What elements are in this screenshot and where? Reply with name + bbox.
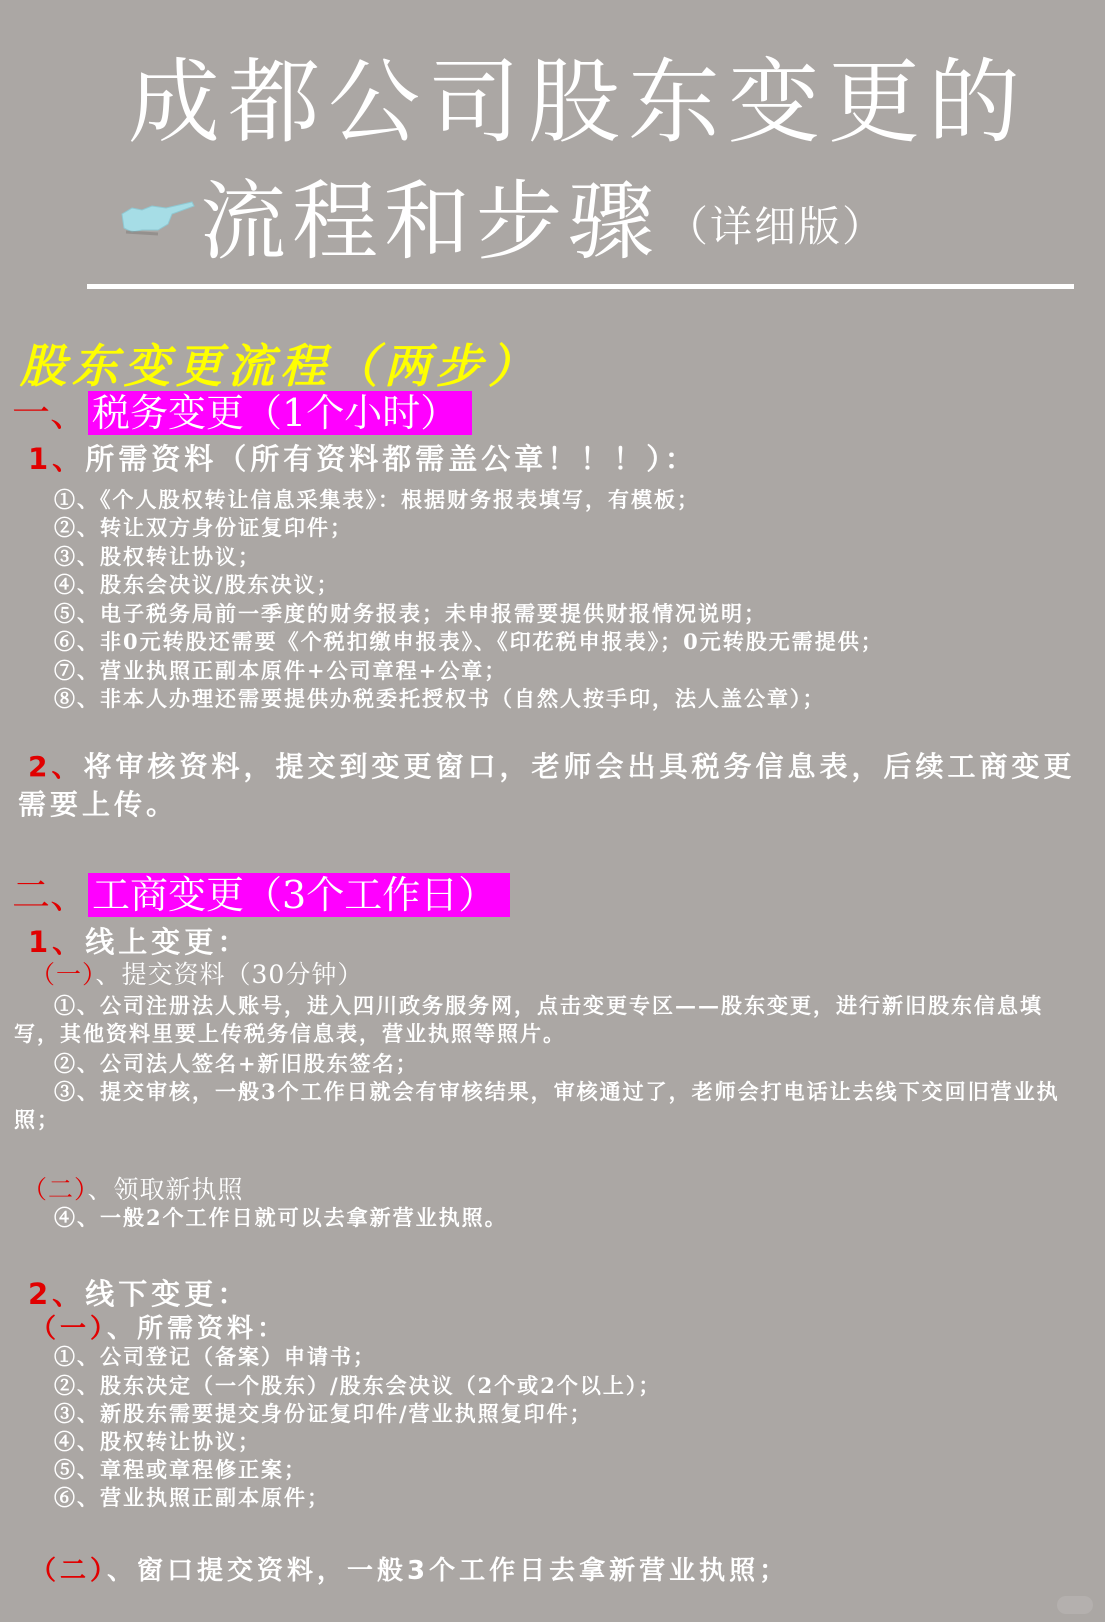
title-suffix: （详细版） — [666, 202, 886, 251]
list-item: ②、股东决定（一个股东）/股东会决议（2个或2个以上）； — [54, 1372, 661, 1400]
step-text: 将审核资料，提交到变更窗口，老师会出具税务信息表，后续工商变更需要上传。 — [18, 750, 1076, 821]
sub-number: （一） — [30, 960, 96, 989]
section-title-highlight: 税务变更（1个小时） — [88, 391, 472, 435]
list-item: ⑤、电子税务局前一季度的财务报表；未申报需要提供财报情况说明； — [54, 600, 767, 628]
section-business-heading: 二、工商变更（3个工作日） — [12, 872, 510, 918]
step-number: 2、 — [28, 750, 83, 783]
tax-step-2-paragraph: 2、将审核资料，提交到变更窗口，老师会出具税务信息表，后续工商变更需要上传。 — [18, 748, 1088, 824]
sub-title: 、领取新执照 — [88, 1175, 244, 1204]
list-item: ④、股东会决议/股东决议； — [54, 571, 340, 599]
overview-heading: 股东变更流程（两步） — [20, 330, 540, 396]
page-title-line1: 成都公司股东变更的 — [128, 48, 1028, 158]
list-item: ③、股权转让协议； — [54, 543, 261, 571]
list-item: ①、《个人股权转让信息采集表》：根据财务报表填写，有模板； — [54, 486, 700, 514]
online-sub-2-heading: （二）、领取新执照 — [22, 1170, 244, 1206]
list-item: ②、转让双方身份证复印件； — [54, 514, 353, 542]
list-item: ③、新股东需要提交身份证复印件/营业执照复印件； — [54, 1400, 593, 1428]
list-item: ③、提交审核，一般3个工作日就会有审核结果，审核通过了，老师会打电话让去线下交回… — [14, 1078, 1084, 1134]
title-main: 流程和步骤 — [200, 172, 660, 272]
title-divider — [87, 284, 1074, 289]
step-title: 线上变更： — [85, 925, 250, 959]
list-item: ⑥、非0元转股还需要《个税扣缴申报表》、《印花税申报表》；0元转股无需提供； — [54, 628, 884, 656]
sub-title: 、窗口提交资料，一般3个工作日去拿新营业执照； — [107, 1556, 789, 1586]
list-item: ②、公司法人签名+新旧股东签名； — [54, 1050, 419, 1078]
watermark-logo — [1057, 1596, 1093, 1614]
step-number: 1、 — [28, 925, 85, 959]
offline-sub-1-heading: （一）、所需资料： — [30, 1308, 287, 1345]
sub-number: （二） — [30, 1556, 107, 1586]
list-item: ④、一般2个工作日就可以去拿新营业执照。 — [54, 1204, 508, 1232]
list-item: ①、公司登记（备案）申请书； — [54, 1343, 376, 1371]
sub-number: （二） — [22, 1175, 88, 1204]
list-item: ⑦、营业执照正副本原件+公司章程+公章； — [54, 657, 507, 685]
offline-change-heading: 2、线下变更： — [28, 1272, 250, 1313]
section-title-highlight: 工商变更（3个工作日） — [88, 873, 510, 917]
tax-step-1-heading: 1、所需资料（所有资料都需盖公章！！！）： — [28, 437, 698, 478]
section-number: 一、 — [12, 391, 88, 435]
step-title: 线下变更： — [85, 1277, 250, 1311]
section-tax-heading: 一、税务变更（1个小时） — [12, 390, 472, 436]
step-number: 1、 — [28, 442, 85, 476]
list-item: ⑧、非本人办理还需要提供办税委托授权书（自然人按手印，法人盖公章）； — [54, 685, 826, 713]
sub-number: （一） — [30, 1314, 107, 1344]
step-title: 所需资料（所有资料都需盖公章！！！）： — [85, 442, 698, 476]
sub-title: 、提交资料（30分钟） — [96, 960, 364, 989]
list-item: ⑥、营业执照正副本原件； — [54, 1484, 330, 1512]
offline-sub-2-heading: （二）、窗口提交资料，一般3个工作日去拿新营业执照； — [30, 1550, 789, 1587]
page-title-line2: 流程和步骤（详细版） — [200, 172, 886, 277]
list-item: ④、股权转让协议； — [54, 1428, 261, 1456]
list-item: ①、公司注册法人账号，进入四川政务服务网，点击变更专区——股东变更，进行新旧股东… — [14, 992, 1084, 1048]
online-sub-1-heading: （一）、提交资料（30分钟） — [30, 955, 363, 991]
pointing-hand-icon — [118, 196, 196, 240]
section-number: 二、 — [12, 873, 88, 917]
list-item: ⑤、章程或章程修正案； — [54, 1456, 307, 1484]
step-number: 2、 — [28, 1277, 85, 1311]
sub-title: 、所需资料： — [107, 1314, 287, 1344]
